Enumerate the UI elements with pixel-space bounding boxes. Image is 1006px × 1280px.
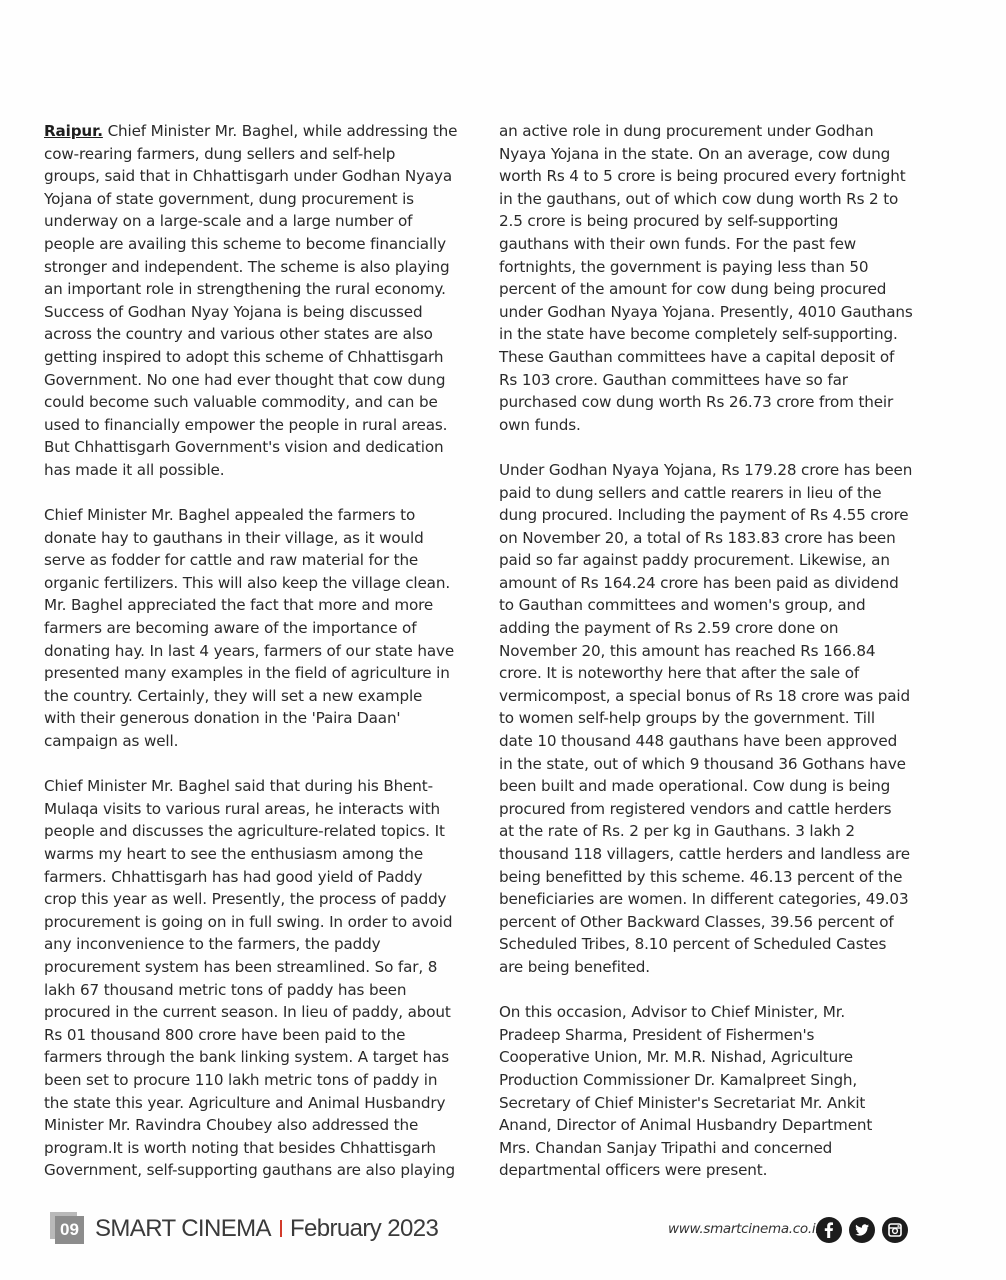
issue-date: February 2023 [290, 1215, 438, 1242]
paragraph-4: an active role in dung procurement under… [499, 120, 919, 436]
paragraph-1: Raipur. Chief Minister Mr. Baghel, while… [44, 120, 464, 482]
right-column: an active role in dung procurement under… [499, 120, 919, 1205]
left-column: Raipur. Chief Minister Mr. Baghel, while… [44, 120, 464, 1205]
magazine-masthead: SMART CINEMAFebruary 2023 [95, 1215, 438, 1243]
page-number-badge: 09 [50, 1212, 84, 1244]
website-link[interactable]: www.smartcinema.co.in [668, 1221, 824, 1237]
magazine-name: SMART CINEMA [95, 1215, 271, 1242]
page-number: 09 [55, 1216, 84, 1244]
dateline: Raipur. [44, 122, 103, 140]
paragraph-6: On this occasion, Advisor to Chief Minis… [499, 1001, 919, 1182]
page-footer: 09 SMART CINEMAFebruary 2023 www.smartci… [0, 1205, 1006, 1255]
facebook-icon[interactable] [816, 1217, 842, 1243]
instagram-icon[interactable] [882, 1217, 908, 1243]
paragraph-2: Chief Minister Mr. Baghel appealed the f… [44, 504, 464, 753]
twitter-icon[interactable] [849, 1217, 875, 1243]
paragraph-3: Chief Minister Mr. Baghel said that duri… [44, 775, 464, 1182]
separator-bar [280, 1220, 282, 1237]
paragraph-5: Under Godhan Nyaya Yojana, Rs 179.28 cro… [499, 459, 919, 979]
